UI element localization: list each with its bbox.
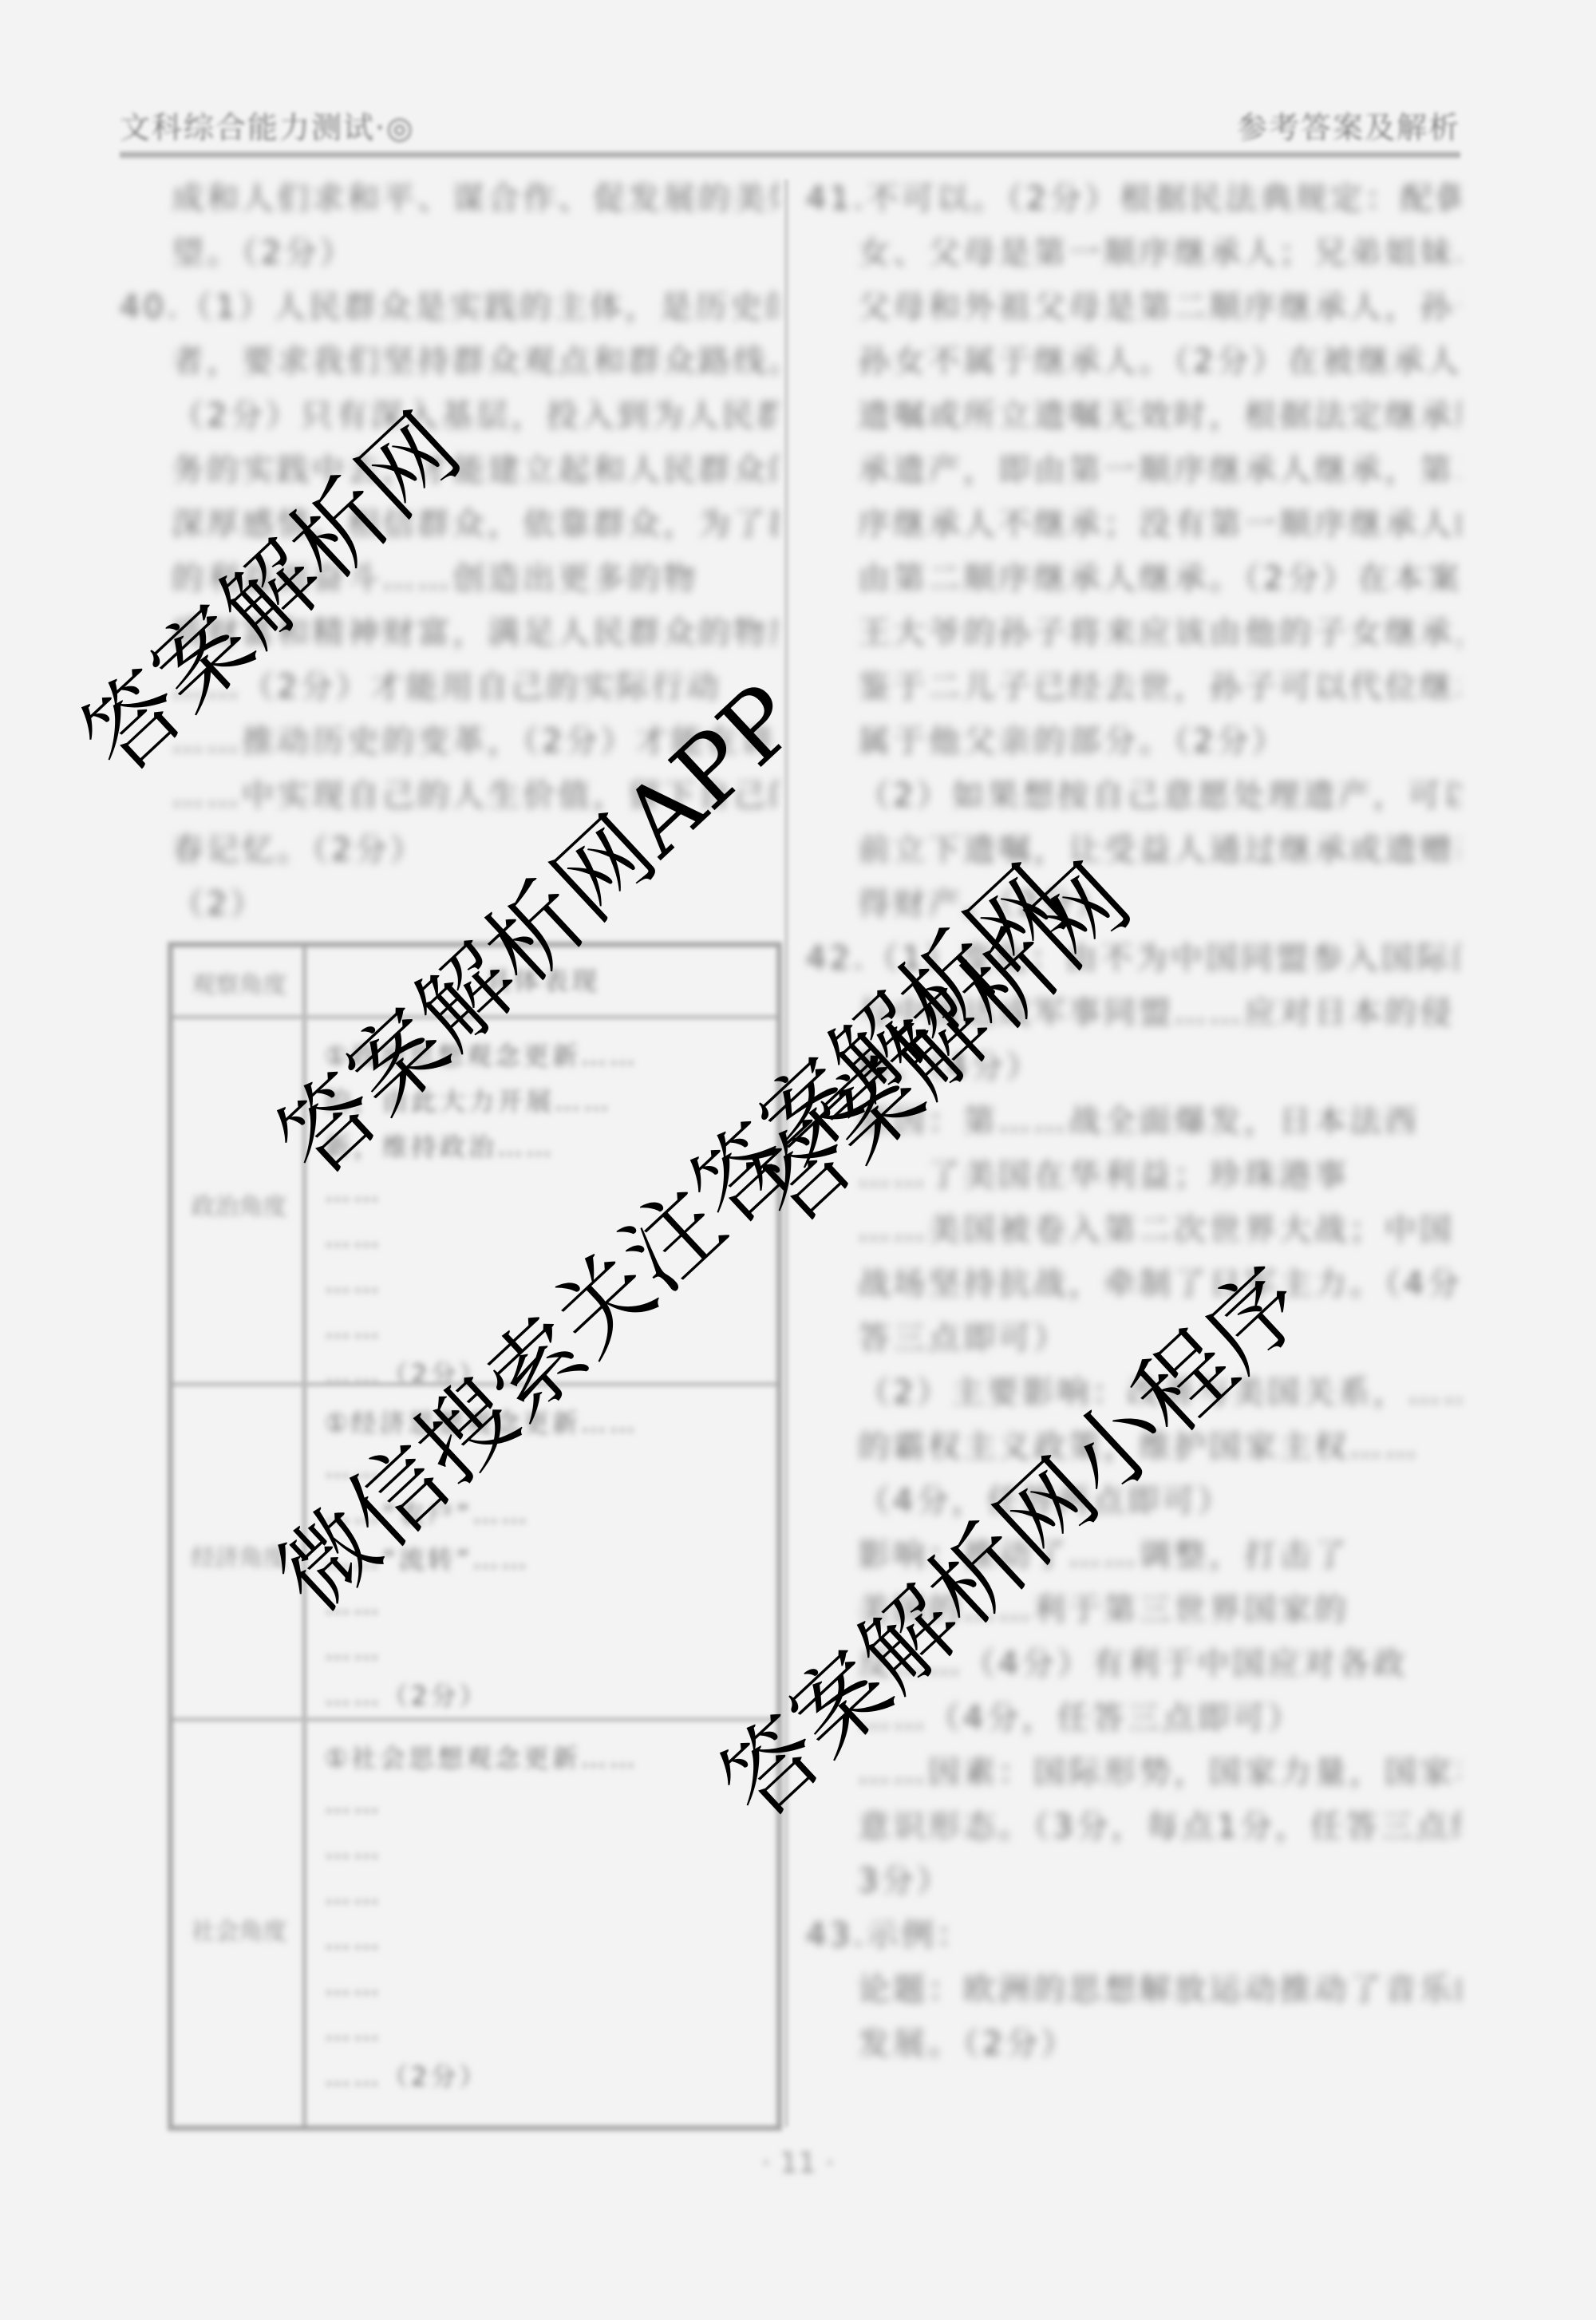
text-line: 前立下遗嘱，让受益人通过继承或遗赠获 — [806, 823, 1460, 877]
text-line: 属于他父亲的部分。（2分） — [806, 714, 1460, 769]
text-line: 序继承人不继承；没有第一顺序继承人的， — [806, 497, 1460, 551]
text-line: ……美国被卷入第二次世界大战；中国 — [806, 1203, 1460, 1257]
answer-key-title: 参考答案及解析 — [1237, 103, 1460, 147]
table-cell-line: …… — [325, 1918, 760, 1963]
text-line: 由第二顺序继承人继承。（2分）在本案中， — [806, 551, 1460, 606]
text-line: 遗嘱或所立遗嘱无效时，根据法定继承顺序 — [806, 389, 1460, 443]
table-cell-line: …… — [325, 1628, 760, 1674]
table-row-label: 社会角度 — [181, 1911, 297, 1947]
table-cell-line: ……（2分） — [325, 2054, 760, 2100]
text-line: 发展。（2分） — [806, 2017, 1460, 2071]
table-cell-line: …… — [325, 1872, 760, 1918]
text-line: 王大爷的孙子将来应该由他的子女继承， — [806, 606, 1460, 660]
text-line: 者，要求我们坚持群众观点和群众路线。 — [120, 334, 778, 389]
text-line: （2）如果想按自己意愿处理遗产，可以生 — [806, 769, 1460, 823]
table-header-angle: 观察角度 — [181, 965, 297, 1000]
text-line: 意识形态。（3分，每点1分，任答三点给 — [806, 1800, 1460, 1854]
text-line: 女、父母是第一顺序继承人；兄弟姐妹、祖 — [806, 226, 1460, 280]
text-line: 3分） — [806, 1854, 1460, 1908]
text-line: 43.示例： — [806, 1908, 1460, 1962]
text-line: 战场坚持抗战，牵制了日军主力。（4分，任 — [806, 1257, 1460, 1311]
text-line: （2分）只有深入基层，投入到为人民群众服 — [120, 389, 778, 443]
exam-title: 文科综合能力测试·◎ — [120, 103, 414, 147]
text-line: 承遗产，即由第一顺序继承人继承，第二顺 — [806, 443, 1460, 497]
text-line: 鉴于二儿子已经去世，孙子可以代位继承 — [806, 660, 1460, 714]
table-cell-line: …… — [325, 1963, 760, 2009]
text-line: 41.不可以。（2分）根据民法典规定：配偶、子 — [806, 172, 1460, 226]
table-row: 社会角度①社会思想观念更新…………………………………………（2分） — [173, 1717, 776, 2132]
table-cell-line: …… — [325, 1583, 760, 1628]
text-line: 父母和外祖父母是第二顺序继承人，孙子、 — [806, 280, 1460, 334]
document-page: 文科综合能力测试·◎ 参考答案及解析 成和人们求和平、谋合作、促发展的美好愿望。… — [0, 0, 1596, 2320]
text-line: 孙女不属于继承人。（2分）在被继承人未立 — [806, 334, 1460, 389]
text-line: 望。（2分） — [120, 226, 778, 280]
text-line: 40.（1）人民群众是实践的主体，是历史的创造 — [120, 280, 778, 334]
page-number: · 11 · — [750, 2147, 846, 2180]
table-row-label: 政治角度 — [181, 1187, 297, 1222]
table-cell-line: …… — [325, 1781, 760, 1827]
table-cell-line: ……（2分） — [325, 1674, 760, 1719]
text-line: ……因素：国际形势，国家力量，国家利益， — [806, 1745, 1460, 1800]
table-cell-line: …… — [325, 2009, 760, 2054]
table-cell-line: …… — [325, 1827, 760, 1872]
page-header: 文科综合能力测试·◎ 参考答案及解析 — [120, 120, 1460, 158]
text-line: 成和人们求和平、谋合作、促发展的美好愿 — [120, 172, 778, 226]
table-row-detail: ①社会思想观念更新…………………………………………（2分） — [325, 1736, 760, 2100]
text-line: 论题：欧洲的思想解放运动推动了音乐的 — [806, 1962, 1460, 2017]
